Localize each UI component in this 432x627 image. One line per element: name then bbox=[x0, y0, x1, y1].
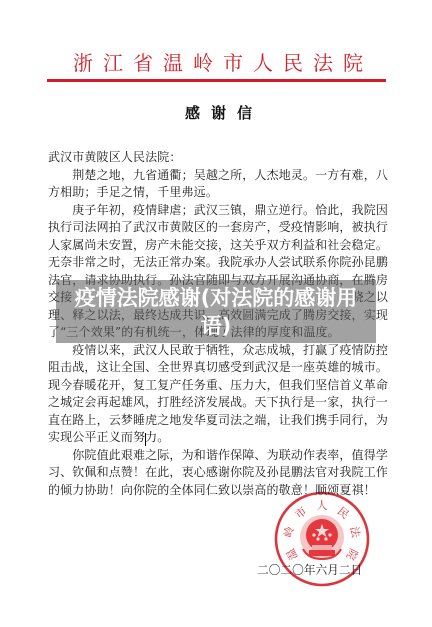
seal-char: 民 bbox=[335, 504, 352, 521]
national-emblem-icon bbox=[300, 515, 344, 559]
court-header-name: 浙江省温岭市人民法院 bbox=[73, 51, 373, 75]
seal-char: 市 bbox=[293, 504, 310, 521]
article-title: 疫情法院感谢(对法院的感谢用语) bbox=[71, 284, 361, 340]
body-line: 之城定会再起雄风，打胜经济发展战。天下执行是一家，执行一 bbox=[48, 394, 388, 412]
letter-title: 感谢信 bbox=[185, 104, 263, 122]
body-line: 习、钦佩和点赞！在此，衷心感谢你院及孙昆鹏法官对我院工作 bbox=[48, 464, 388, 482]
letter-page: 浙江省温岭市人民法院 感谢信 武汉市黄陂区人民法院： 荆楚之地，九省通衢；吴越之… bbox=[0, 0, 432, 627]
seal-char: 人 bbox=[317, 499, 328, 512]
seal-char: 岭 bbox=[281, 525, 297, 539]
body-line: 方相助；手足之情，千里弗远。 bbox=[48, 184, 388, 202]
seal-char: 法 bbox=[347, 525, 363, 540]
text-cursor bbox=[145, 433, 146, 446]
body-line: 无奈非常之时，无法正常办案。我院承办人尝试联系你院孙昆鹏 bbox=[48, 254, 388, 272]
body-line: 实现公平正义而努力。 bbox=[48, 429, 388, 447]
seal-char: 温 bbox=[284, 546, 301, 562]
body-line: 现今春暖花开，复工复产任务重、压力大，但我们坚信首义革命 bbox=[48, 377, 388, 395]
article-title-banner[interactable]: 疫情法院感谢(对法院的感谢用语) bbox=[56, 280, 376, 343]
body-line: 阻击战，这让全国、全世界真切感受到武汉是一座英雄的城市。 bbox=[48, 359, 388, 377]
body-line: 你院值此艰难之际，为和谐作保障、为联动作表率，值得学 bbox=[48, 447, 388, 465]
body-line: 庚子年初，疫情肆虐；武汉三镇，鼎立逆行。恰此，我院因 bbox=[48, 202, 388, 220]
body-line: 执行司法网拍了武汉市黄陂区的一套房产，受疫情影响，被执行 bbox=[48, 219, 388, 237]
letter-date: 二〇二〇年六月二日 bbox=[257, 563, 362, 577]
salutation: 武汉市黄陂区人民法院： bbox=[48, 149, 388, 167]
body-line: 荆楚之地，九省通衢；吴越之所，人杰地灵。一方有难，八 bbox=[48, 167, 388, 185]
header-red-rule bbox=[47, 79, 386, 82]
body-line: 疫情以来，武汉人民敢于牺牲，众志成城，打赢了疫情防控 bbox=[48, 342, 388, 360]
seal-char: 院 bbox=[344, 546, 361, 562]
body-line: 人家属尚未安置，房产未能交接，这关乎双方利益和社会稳定。 bbox=[48, 237, 388, 255]
body-line: 直在路上，云梦睡虎之地发华夏司法之端，让我们携手同行，为 bbox=[48, 412, 388, 430]
